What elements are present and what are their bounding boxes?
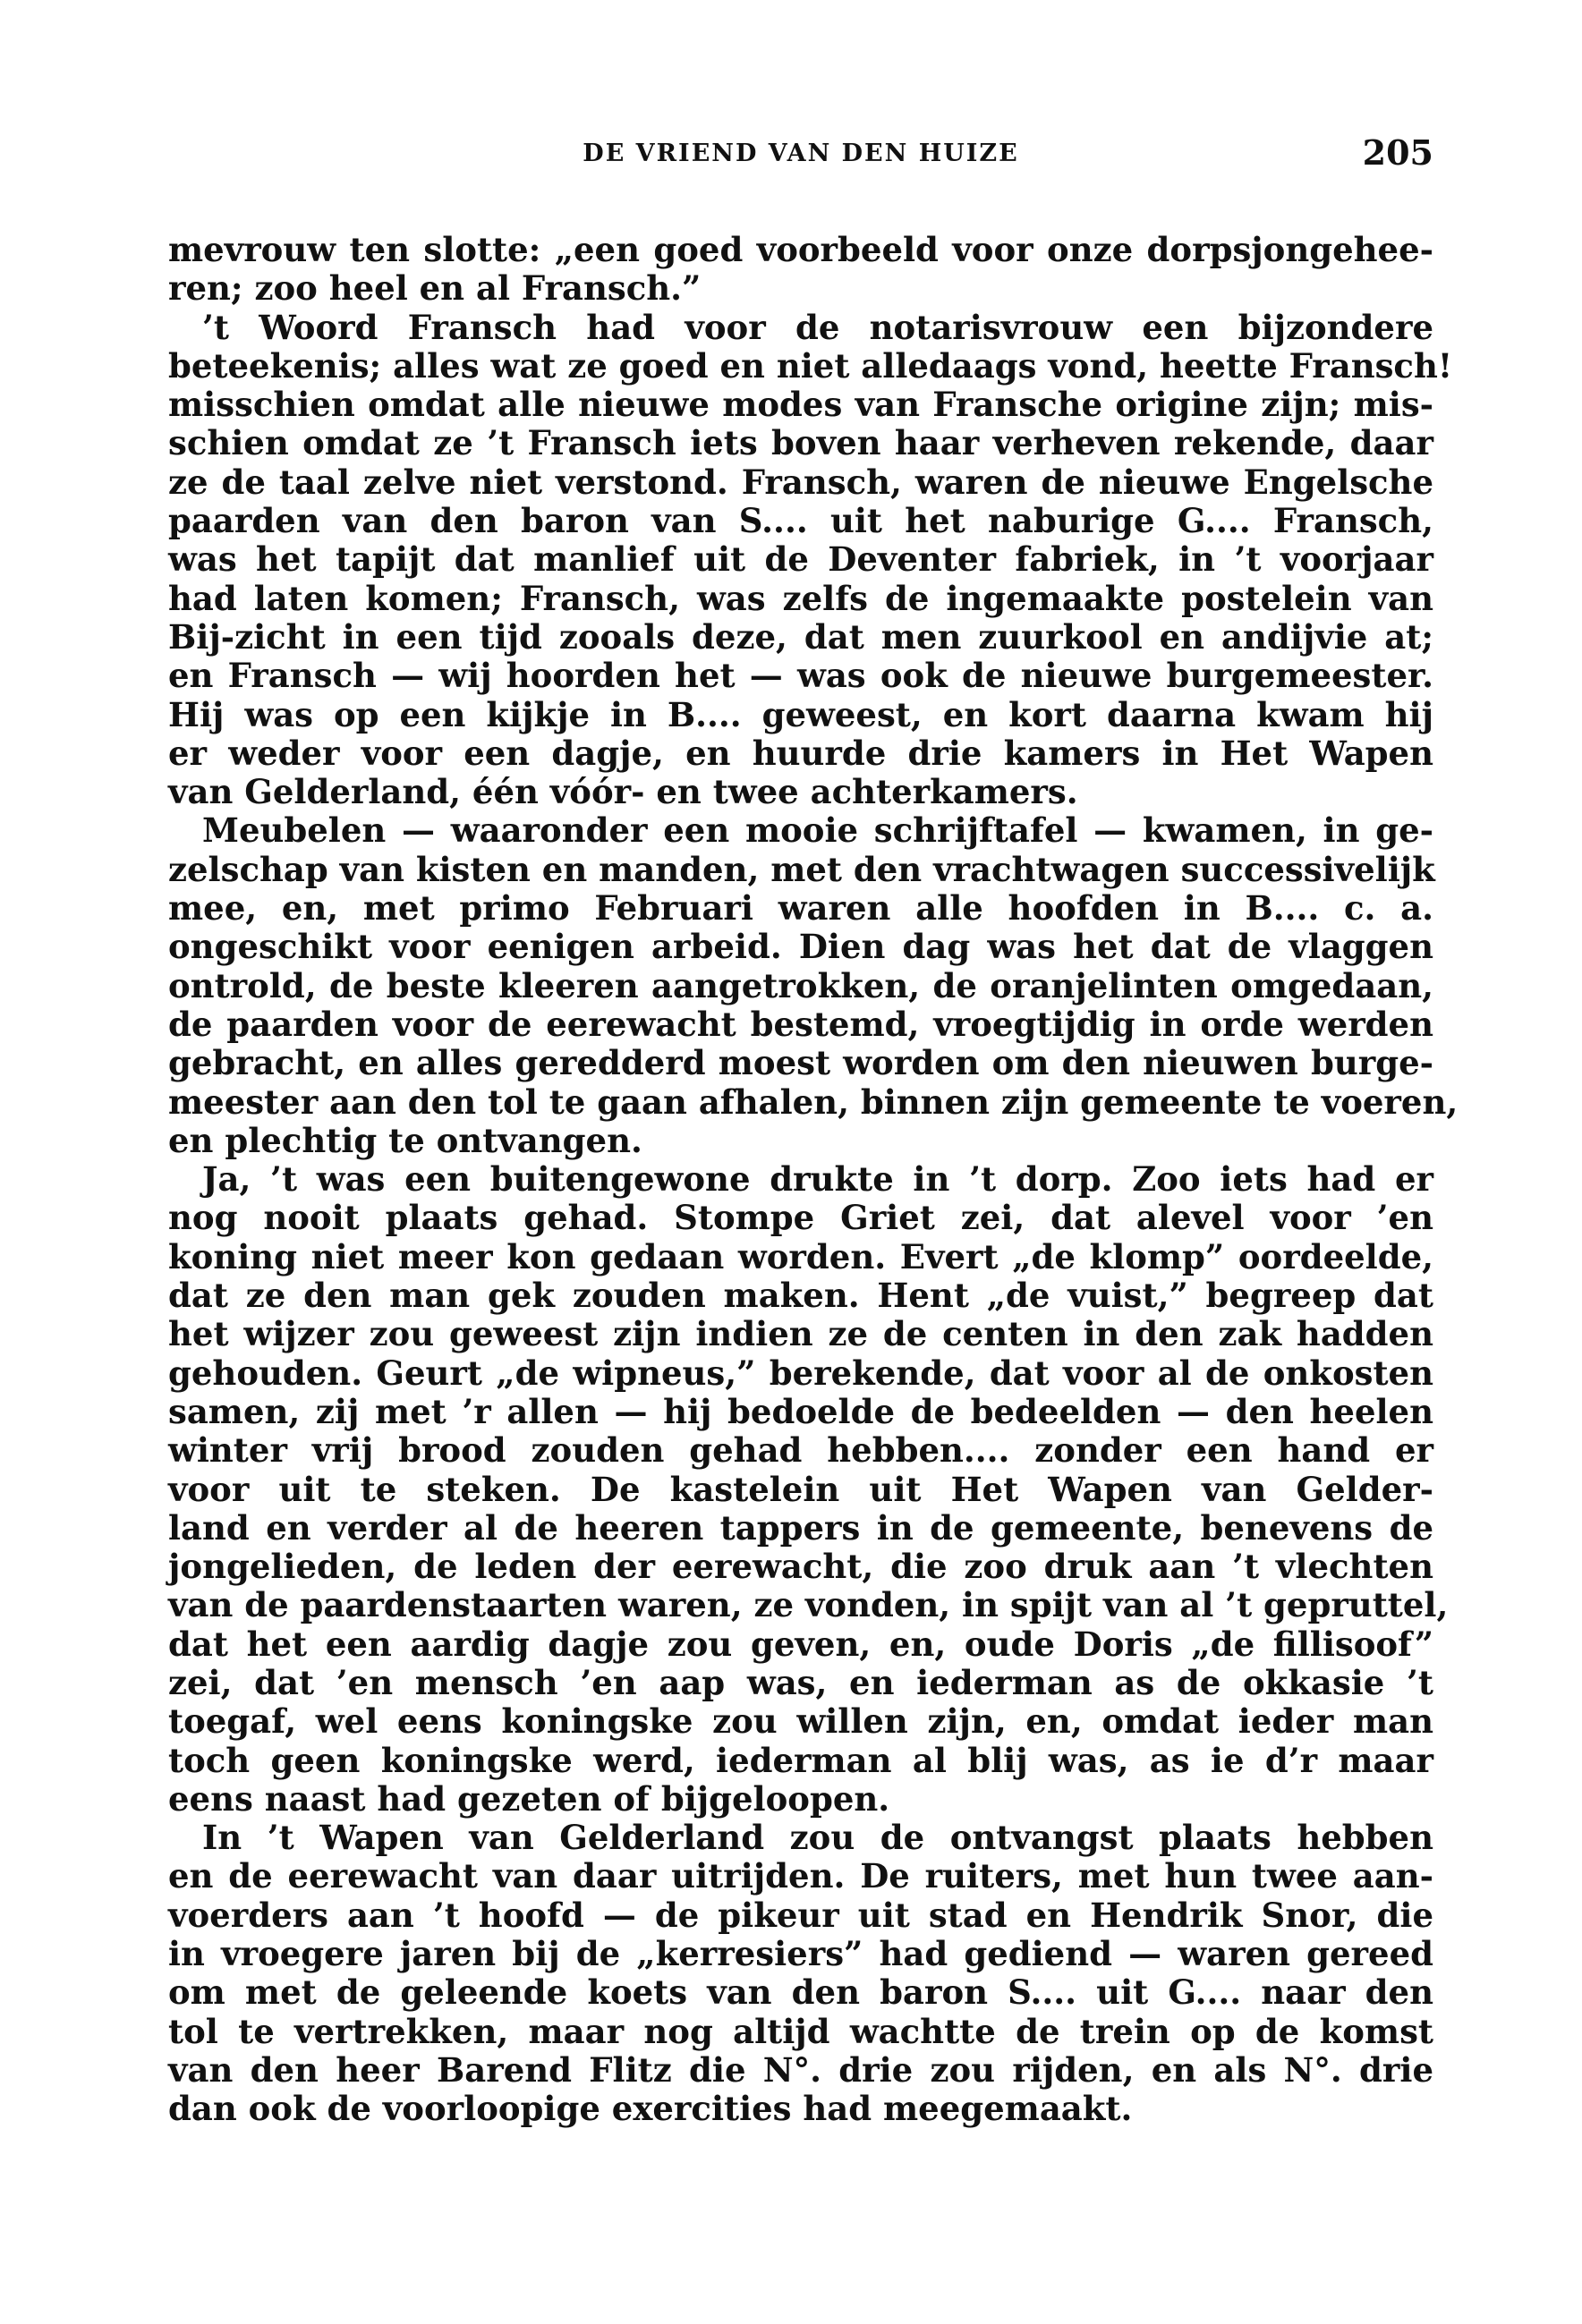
text-line: van Gelderland, één vóór- en twee achter…: [168, 773, 1433, 811]
text-line: voor uit te steken. De kastelein uit Het…: [168, 1471, 1433, 1509]
text-line: in vroegere jaren bij de „kerresiers” ha…: [168, 1935, 1433, 1973]
paragraph-start-line: ’t Woord Fransch had voor de notarisvrou…: [168, 309, 1433, 347]
text-line: gehouden. Geurt „de wipneus,” berekende,…: [168, 1354, 1433, 1393]
text-line: en de eerewacht van daar uitrijden. De r…: [168, 1857, 1433, 1896]
text-line: van de paardenstaarten waren, ze vonden,…: [168, 1586, 1433, 1624]
text-line: het wijzer zou geweest zijn indien ze de…: [168, 1315, 1433, 1353]
running-title: DE VRIEND VAN DEN HUIZE: [168, 140, 1433, 167]
text-line: ze de taal zelve niet verstond. Fransch,…: [168, 463, 1433, 502]
paragraph-start-line: Ja, ’t was een buitengewone drukte in ’t…: [168, 1160, 1433, 1199]
text-line: zei, dat ’en mensch ’en aap was, en iede…: [168, 1664, 1433, 1702]
text-line: schien omdat ze ’t Fransch iets boven ha…: [168, 424, 1433, 462]
text-line: nog nooit plaats gehad. Stompe Griet zei…: [168, 1199, 1433, 1237]
text-line: toch geen koningske werd, iederman al bl…: [168, 1742, 1433, 1780]
text-line: beteekenis; alles wat ze goed en niet al…: [168, 347, 1433, 386]
text-line: van den heer Barend Flitz die N°. drie z…: [168, 2051, 1433, 2090]
text-line: paarden van den baron van S.... uit het …: [168, 502, 1433, 540]
text-line: ongeschikt voor eenigen arbeid. Dien dag…: [168, 928, 1433, 966]
text-line: Hij was op een kijkje in B.... geweest, …: [168, 696, 1433, 734]
text-line: gebracht, en alles geredderd moest worde…: [168, 1044, 1433, 1082]
text-line: er weder voor een dagje, en huurde drie …: [168, 734, 1433, 773]
text-line: zelschap van kisten en manden, met den v…: [168, 851, 1433, 889]
text-line: dat het een aardig dagje zou geven, en, …: [168, 1625, 1433, 1664]
page-body-text: mevrouw ten slotte: „een goed voorbeeld …: [168, 231, 1433, 2129]
text-line: samen, zij met ’r allen — hij bedoelde d…: [168, 1393, 1433, 1431]
text-line: eens naast had gezeten of bijgeloopen.: [168, 1780, 1433, 1819]
text-line: mee, en, met primo Februari waren alle h…: [168, 889, 1433, 928]
text-line: dat ze den man gek zouden maken. Hent „d…: [168, 1277, 1433, 1315]
paragraph-start-line: In ’t Wapen van Gelderland zou de ontvan…: [168, 1819, 1433, 1857]
text-line: voerders aan ’t hoofd — de pikeur uit st…: [168, 1896, 1433, 1935]
text-line: tol te vertrekken, maar nog altijd wacht…: [168, 2013, 1433, 2051]
page-header: DE VRIEND VAN DEN HUIZE 205: [168, 132, 1433, 177]
text-line: had laten komen; Fransch, was zelfs de i…: [168, 580, 1433, 618]
text-line: was het tapijt dat manlief uit de Devent…: [168, 540, 1433, 579]
text-line: ontrold, de beste kleeren aangetrokken, …: [168, 967, 1433, 1005]
text-line: dan ook de voorloopige exercities had me…: [168, 2090, 1433, 2128]
text-line: de paarden voor de eerewacht bestemd, vr…: [168, 1005, 1433, 1044]
text-line: meester aan den tol te gaan afhalen, bin…: [168, 1083, 1433, 1122]
text-line: Bij-zicht in een tijd zooals deze, dat m…: [168, 618, 1433, 657]
text-line: en plechtig te ontvangen.: [168, 1122, 1433, 1160]
text-line: land en verder al de heeren tappers in d…: [168, 1509, 1433, 1548]
text-line: toegaf, wel eens koningske zou willen zi…: [168, 1702, 1433, 1741]
text-line: jongelieden, de leden der eerewacht, die…: [168, 1548, 1433, 1586]
text-line: koning niet meer kon gedaan worden. Ever…: [168, 1238, 1433, 1277]
paragraph-start-line: Meubelen — waaronder een mooie schrijfta…: [168, 811, 1433, 850]
text-line: om met de geleende koets van den baron S…: [168, 1973, 1433, 2012]
text-line: misschien omdat alle nieuwe modes van Fr…: [168, 386, 1433, 424]
text-line: winter vrij brood zouden gehad hebben...…: [168, 1431, 1433, 1470]
text-line: mevrouw ten slotte: „een goed voorbeeld …: [168, 231, 1433, 269]
text-line: ren; zoo heel en al Fransch.”: [168, 269, 1433, 308]
page-number: 205: [1363, 132, 1433, 173]
text-line: en Fransch — wij hoorden het — was ook d…: [168, 657, 1433, 695]
